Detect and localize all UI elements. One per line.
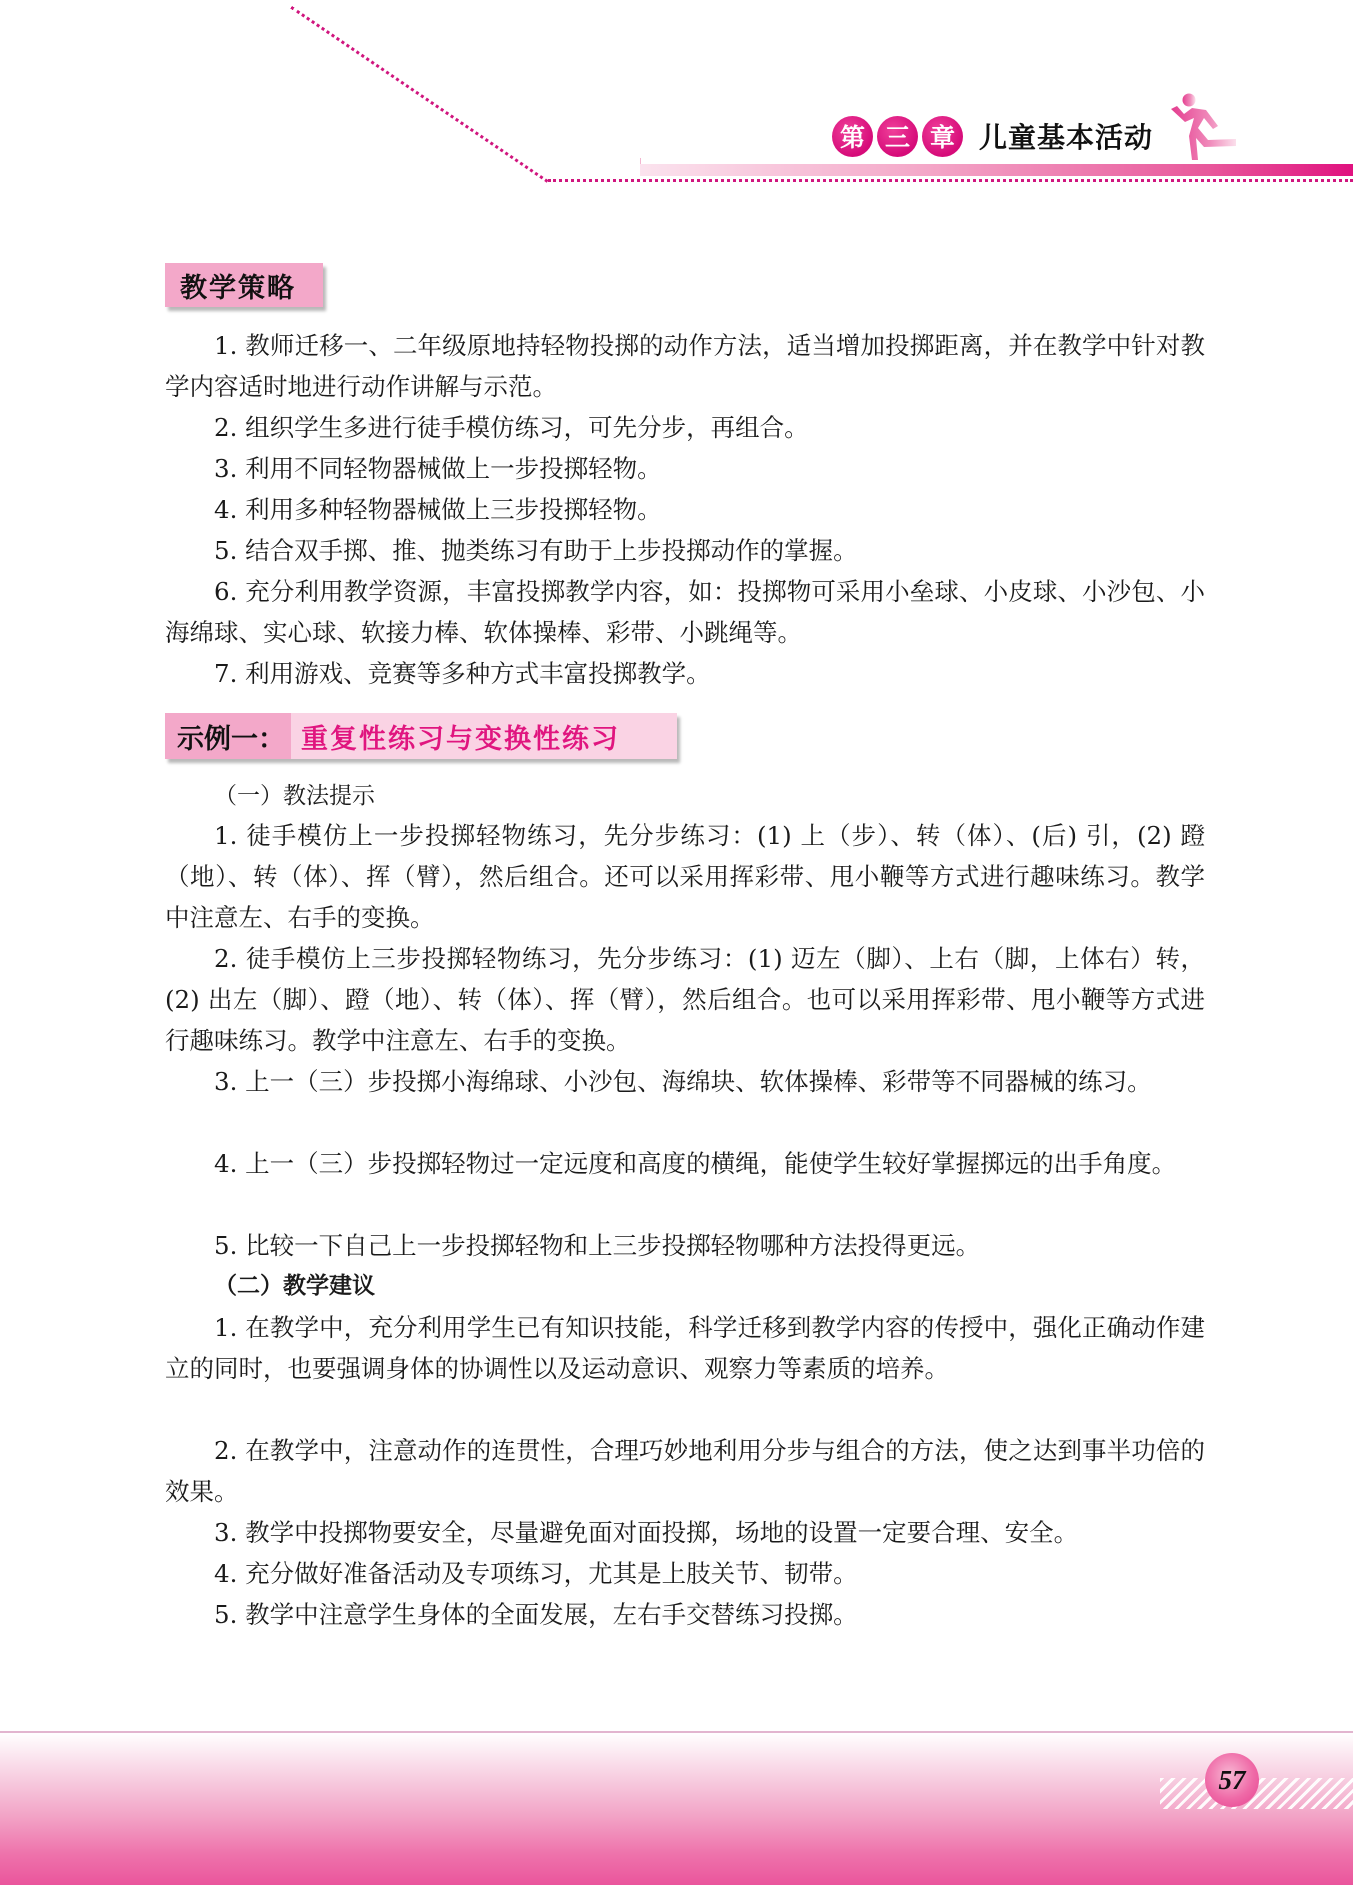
suggestion-item: 4. 充分做好准备活动及专项练习，尤其是上肢关节、韧带。: [165, 1553, 1205, 1594]
suggestion-item: 3. 教学中投掷物要安全，尽量避免面对面投掷，场地的设置一定要合理、安全。: [165, 1512, 1205, 1553]
suggestion-item: 1. 在教学中，充分利用学生已有知识技能，科学迁移到教学内容的传授中，强化正确动…: [165, 1307, 1205, 1389]
method-item: 2. 徒手模仿上三步投掷轻物练习，先分步练习：(1) 迈左（脚）、上右（脚，上体…: [165, 938, 1205, 1061]
method-item: 4. 上一（三）步投掷轻物过一定远度和高度的横绳，能使学生较好掌握掷远的出手角度…: [165, 1143, 1205, 1184]
strategy-item: 4. 利用多种轻物器械做上三步投掷轻物。: [165, 489, 1205, 530]
method-item: 5. 比较一下自己上一步投掷轻物和上三步投掷轻物哪种方法投得更远。: [165, 1225, 1205, 1266]
strategy-item: 2. 组织学生多进行徒手模仿练习，可先分步，再组合。: [165, 407, 1205, 448]
example-label: 示例一：: [165, 713, 291, 759]
subheading-suggestions: （二）教学建议: [214, 1266, 375, 1307]
example-title: 重复性练习与变换性练习: [291, 713, 677, 759]
chapter-char-badge: 第: [832, 116, 873, 157]
suggestion-item: 2. 在教学中，注意动作的连贯性，合理巧妙地利用分步与组合的方法，使之达到事半功…: [165, 1430, 1205, 1512]
method-item: 3. 上一（三）步投掷小海绵球、小沙包、海绵块、软体操棒、彩带等不同器械的练习。: [165, 1061, 1205, 1102]
running-figure-icon: [1168, 92, 1248, 170]
chapter-heading: 第 三 章 儿童基本活动: [832, 113, 1153, 159]
chapter-char-badge: 三: [877, 116, 918, 157]
strategy-item: 5. 结合双手掷、推、抛类练习有助于上步投掷动作的掌握。: [165, 530, 1205, 571]
subheading-methods: （一）教法提示: [214, 776, 375, 817]
suggestion-item: 5. 教学中注意学生身体的全面发展，左右手交替练习投掷。: [165, 1594, 1205, 1635]
chapter-char-badge: 章: [922, 116, 963, 157]
strategy-item: 7. 利用游戏、竞赛等多种方式丰富投掷教学。: [165, 653, 1205, 694]
strategy-item: 6. 充分利用教学资源，丰富投掷教学内容，如：投掷物可采用小垒球、小皮球、小沙包…: [165, 571, 1205, 653]
decorative-dotted-diagonal: [290, 6, 548, 183]
strategy-item: 3. 利用不同轻物器械做上一步投掷轻物。: [165, 448, 1205, 489]
method-item: 1. 徒手模仿上一步投掷轻物练习，先分步练习：(1) 上（步）、转（体）、(后)…: [165, 815, 1205, 938]
footer-gradient: [0, 1733, 1353, 1885]
decorative-dotted-rule: [548, 179, 1353, 182]
section-heading-example: 示例一： 重复性练习与变换性练习: [165, 713, 677, 759]
page-number-badge: 57: [1205, 1753, 1259, 1807]
chapter-title: 儿童基本活动: [979, 116, 1153, 156]
section-heading-strategy: 教学策略: [165, 263, 323, 307]
strategy-item: 1. 教师迁移一、二年级原地持轻物投掷的动作方法，适当增加投掷距离，并在教学中针…: [165, 325, 1205, 407]
